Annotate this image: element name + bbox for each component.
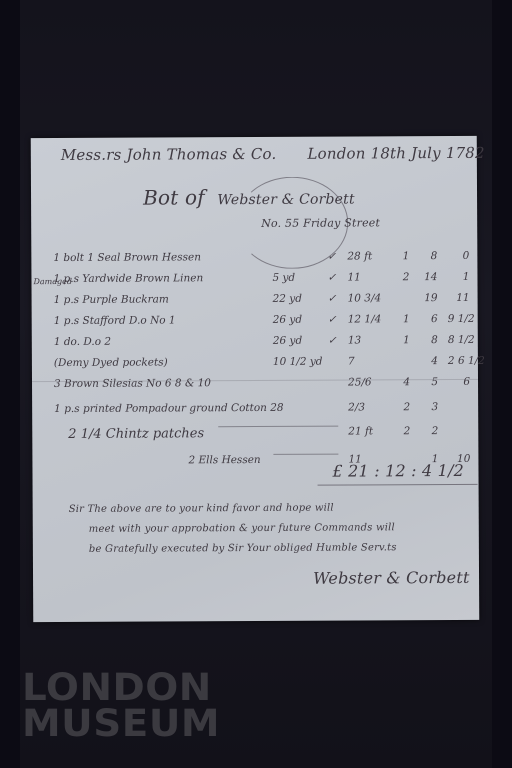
- item-shillings: 8: [418, 334, 438, 346]
- item-rate: 5 yd: [272, 272, 295, 284]
- item-pence: 9 1/2: [448, 313, 470, 325]
- item-description: 2 Ells Hessen: [188, 454, 260, 466]
- item-rate: 26 yd: [273, 335, 302, 347]
- item-quantity: 10 3/4: [348, 292, 382, 304]
- item-description: 3 Brown Silesias No 6 8 & 10: [54, 377, 211, 390]
- item-pounds: 2: [390, 425, 410, 437]
- invoice-header: Mess.rs John Thomas & Co. London 18th Ju…: [61, 144, 485, 164]
- logo-line-1: LONDON: [22, 670, 220, 706]
- firm-name: Webster & Corbett: [217, 191, 354, 208]
- place-date: London 18th July 1782: [307, 144, 484, 163]
- item-description: 1 do. D.o 2: [54, 336, 111, 348]
- firm-address: No. 55 Friday Street: [261, 216, 380, 230]
- item-shillings: 8: [417, 250, 437, 262]
- item-shillings: 5: [418, 376, 438, 388]
- item-rate: 22 yd: [273, 293, 302, 305]
- tick-mark: ✓: [327, 272, 336, 284]
- invoice-document: Mess.rs John Thomas & Co. London 18th Ju…: [31, 136, 480, 622]
- item-quantity: 21 ft: [348, 425, 373, 437]
- item-row: (Demy Dyed pockets) 10 1/2 yd 7 4 2 6 1/…: [38, 355, 474, 378]
- item-description: 1 p.s Yardwide Brown Linen: [53, 272, 203, 285]
- item-description: 1 p.s Stafford D.o No 1: [54, 314, 176, 327]
- item-pounds: 2: [389, 271, 409, 283]
- tick-mark: ✓: [328, 314, 337, 326]
- item-rate: 26 yd: [273, 314, 302, 326]
- item-pence: 6: [448, 376, 470, 388]
- total-underline: [318, 484, 478, 486]
- addressee: Mess.rs John Thomas & Co.: [61, 145, 277, 164]
- item-row: 2 1/4 Chintz patches 21 ft 2 2: [38, 425, 474, 455]
- item-quantity: 28 ft: [347, 250, 372, 262]
- item-quantity: 25/6: [348, 376, 372, 388]
- item-shillings: 3: [418, 401, 438, 413]
- invoice-total: £ 21 : 12 : 4 1/2: [332, 461, 464, 481]
- item-pence: 2 6 1/2: [448, 355, 470, 367]
- item-pounds: 4: [390, 376, 410, 388]
- bought-of-line: Bot of Webster & Corbett: [143, 184, 355, 209]
- item-shillings: 14: [417, 271, 437, 283]
- item-row: 1 do. D.o 2 26 yd ✓ 13 1 8 8 1/2: [38, 334, 474, 357]
- item-quantity: 13: [348, 334, 361, 346]
- item-pence: 11: [448, 292, 470, 304]
- items-table: 1 bolt 1 Seal Brown Hessen ✓ 28 ft 1 8 0…: [37, 250, 474, 476]
- london-museum-logo: LONDON MUSEUM: [22, 670, 211, 742]
- item-rate: 10 1/2 yd: [273, 356, 323, 368]
- item-row: 3 Brown Silesias No 6 8 & 10 25/6 4 5 6: [38, 376, 474, 399]
- item-shillings: 19: [418, 292, 438, 304]
- item-description: 1 p.s Purple Buckram: [54, 293, 169, 306]
- note-line: be Gratefully executed by Sir Your oblig…: [89, 542, 397, 555]
- note-line: meet with your approbation & your future…: [89, 522, 395, 535]
- item-row: 1 bolt 1 Seal Brown Hessen ✓ 28 ft 1 8 0: [37, 250, 473, 273]
- item-quantity: 12 1/4: [348, 313, 382, 325]
- item-shillings: 6: [418, 313, 438, 325]
- ruled-line: [273, 454, 338, 455]
- item-pence: 0: [447, 250, 469, 262]
- item-pounds: 2: [390, 401, 410, 413]
- item-pounds: 1: [389, 250, 409, 262]
- item-shillings: 2: [418, 425, 438, 437]
- item-pounds: 1: [390, 334, 410, 346]
- item-pence: 1: [447, 271, 469, 283]
- item-description: 1 bolt 1 Seal Brown Hessen: [53, 251, 201, 264]
- item-shillings: 4: [418, 355, 438, 367]
- item-pounds: 1: [390, 313, 410, 325]
- logo-line-2: MUSEUM: [22, 706, 220, 742]
- item-description: 2 1/4 Chintz patches: [68, 426, 204, 442]
- item-description: (Demy Dyed pockets): [54, 356, 168, 369]
- tick-mark: ✓: [328, 293, 337, 305]
- signature: Webster & Corbett: [313, 568, 470, 588]
- note-line: Sir The above are to your kind favor and…: [69, 503, 334, 515]
- item-quantity: 11: [347, 271, 360, 283]
- item-row: 1 p.s Stafford D.o No 1 26 yd ✓ 12 1/4 1…: [38, 313, 474, 336]
- ruled-line: [218, 426, 338, 428]
- item-row: 1 p.s Purple Buckram 22 yd ✓ 10 3/4 19 1…: [38, 292, 474, 315]
- item-row: Damaged 1 p.s Yardwide Brown Linen 5 yd …: [37, 271, 473, 294]
- item-quantity: 7: [348, 355, 355, 367]
- item-pence: 8 1/2: [448, 334, 470, 346]
- item-description: 1 p.s printed Pompadour ground Cotton 28: [54, 402, 284, 415]
- item-quantity: 2/3: [348, 401, 365, 413]
- tick-mark: ✓: [328, 335, 337, 347]
- bought-of-label: Bot of: [143, 185, 205, 209]
- tick-mark: ✓: [327, 251, 336, 263]
